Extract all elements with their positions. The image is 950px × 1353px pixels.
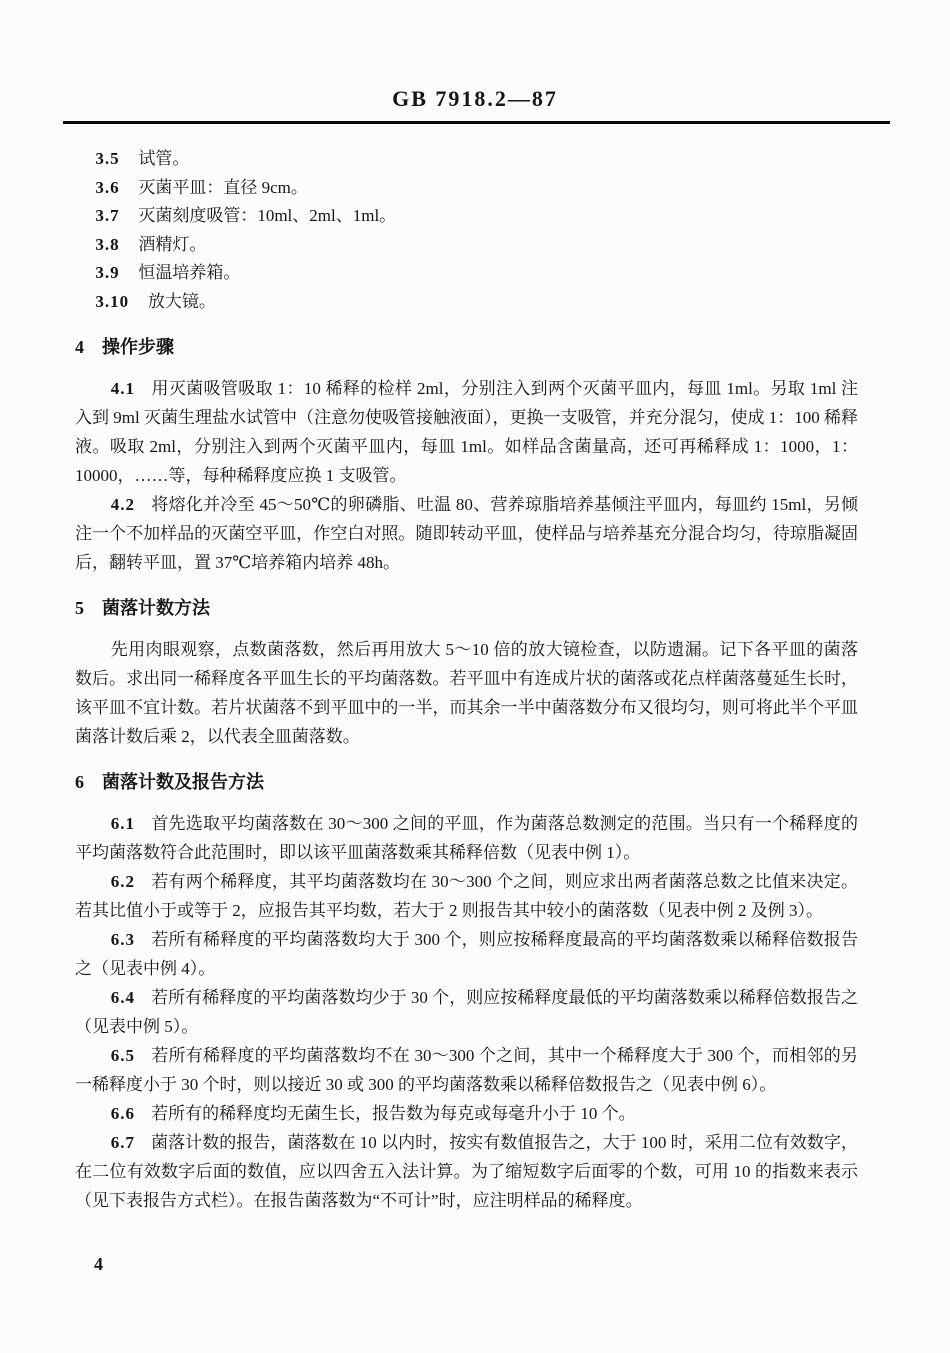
list-item: 3.8酒精灯。	[75, 231, 858, 260]
section-counting-and-reporting: 6菌落计数及报告方法 6.1首先选取平均菌落数在 30～300 之间的平皿，作为…	[75, 768, 858, 1215]
item-number: 3.10	[95, 292, 129, 311]
list-item: 3.6灭菌平皿：直径 9cm。	[75, 174, 858, 203]
section-title: 菌落计数及报告方法	[102, 772, 264, 792]
list-item: 3.7灭菌刻度吸管：10ml、2ml、1ml。	[75, 202, 858, 231]
page-header: GB 7918.2—87	[0, 0, 950, 124]
standard-code: GB 7918.2—87	[0, 86, 950, 112]
paragraph: 6.1首先选取平均菌落数在 30～300 之间的平皿，作为菌落总数测定的范围。当…	[75, 809, 858, 867]
paragraph-text: 菌落计数的报告，菌落数在 10 以内时，按实有数值报告之，大于 100 时，采用…	[75, 1133, 858, 1210]
paragraph-number: 6.6	[111, 1104, 135, 1123]
document-content: 3.5试管。 3.6灭菌平皿：直径 9cm。 3.7灭菌刻度吸管：10ml、2m…	[0, 145, 950, 1215]
list-item: 3.5试管。	[75, 145, 858, 174]
paragraph: 6.4若所有稀释度的平均菌落数均少于 30 个，则应按稀释度最低的平均菌落数乘以…	[75, 983, 858, 1041]
paragraph-text: 若所有稀释度的平均菌落数均大于 300 个，则应按稀释度最高的平均菌落数乘以稀释…	[75, 930, 858, 978]
paragraph: 6.3若所有稀释度的平均菌落数均大于 300 个，则应按稀释度最高的平均菌落数乘…	[75, 925, 858, 983]
item-text: 酒精灯。	[138, 235, 206, 254]
page-number: 4	[94, 1254, 103, 1275]
item-text: 试管。	[138, 149, 189, 168]
paragraph-text: 先用肉眼观察，点数菌落数，然后再用放大 5～10 倍的放大镜检查，以防遗漏。记下…	[75, 640, 858, 746]
item-text: 灭菌平皿：直径 9cm。	[138, 178, 308, 197]
item-text: 放大镜。	[148, 292, 216, 311]
item-text: 恒温培养箱。	[138, 263, 240, 282]
paragraph: 6.7菌落计数的报告，菌落数在 10 以内时，按实有数值报告之，大于 100 时…	[75, 1128, 858, 1215]
section-operation-steps: 4操作步骤 4.1用灭菌吸管吸取 1：10 稀释的检样 2ml，分别注入到两个灭…	[75, 333, 858, 577]
section-heading: 5菌落计数方法	[75, 594, 858, 623]
paragraph-number: 6.1	[111, 814, 135, 833]
section-heading: 6菌落计数及报告方法	[75, 768, 858, 797]
paragraph-number: 6.5	[111, 1046, 135, 1065]
section-colony-counting-method: 5菌落计数方法 先用肉眼观察，点数菌落数，然后再用放大 5～10 倍的放大镜检查…	[75, 594, 858, 751]
paragraph-text: 若所有的稀释度均无菌生长，报告数为每克或每毫升小于 10 个。	[151, 1104, 636, 1123]
paragraph: 先用肉眼观察，点数菌落数，然后再用放大 5～10 倍的放大镜检查，以防遗漏。记下…	[75, 635, 858, 751]
paragraph-number: 6.7	[111, 1133, 135, 1152]
paragraph-text: 若所有稀释度的平均菌落数均不在 30～300 个之间，其中一个稀释度大于 300…	[75, 1046, 858, 1094]
paragraph: 4.2将熔化并冷至 45～50℃的卵磷脂、吐温 80、营养琼脂培养基倾注平皿内，…	[75, 490, 858, 577]
section-heading: 4操作步骤	[75, 333, 858, 362]
paragraph-number: 4.1	[111, 379, 135, 398]
paragraph-number: 6.2	[111, 872, 135, 891]
section-number: 5	[75, 598, 84, 618]
apparatus-list: 3.5试管。 3.6灭菌平皿：直径 9cm。 3.7灭菌刻度吸管：10ml、2m…	[75, 145, 858, 316]
paragraph-number: 4.2	[111, 495, 135, 514]
paragraph-number: 6.3	[111, 930, 135, 949]
item-number: 3.7	[95, 206, 119, 225]
section-number: 4	[75, 337, 84, 357]
header-rule	[63, 121, 890, 124]
paragraph-text: 首先选取平均菌落数在 30～300 之间的平皿，作为菌落总数测定的范围。当只有一…	[75, 814, 858, 862]
paragraph-text: 若有两个稀释度，其平均菌落数均在 30～300 个之间，则应求出两者菌落总数之比…	[75, 872, 858, 920]
section-title: 操作步骤	[102, 337, 174, 357]
paragraph-text: 若所有稀释度的平均菌落数均少于 30 个，则应按稀释度最低的平均菌落数乘以稀释倍…	[75, 988, 858, 1036]
list-item: 3.9恒温培养箱。	[75, 259, 858, 288]
paragraph: 6.2若有两个稀释度，其平均菌落数均在 30～300 个之间，则应求出两者菌落总…	[75, 867, 858, 925]
section-number: 6	[75, 772, 84, 792]
section-title: 菌落计数方法	[102, 598, 210, 618]
paragraph-text: 将熔化并冷至 45～50℃的卵磷脂、吐温 80、营养琼脂培养基倾注平皿内，每皿约…	[75, 495, 858, 572]
document-page: GB 7918.2—87 3.5试管。 3.6灭菌平皿：直径 9cm。 3.7灭…	[0, 0, 950, 1353]
paragraph-number: 6.4	[111, 988, 135, 1007]
item-number: 3.8	[95, 235, 119, 254]
item-text: 灭菌刻度吸管：10ml、2ml、1ml。	[138, 206, 396, 225]
paragraph-text: 用灭菌吸管吸取 1：10 稀释的检样 2ml，分别注入到两个灭菌平皿内，每皿 1…	[75, 379, 858, 485]
paragraph: 6.5若所有稀释度的平均菌落数均不在 30～300 个之间，其中一个稀释度大于 …	[75, 1041, 858, 1099]
paragraph: 4.1用灭菌吸管吸取 1：10 稀释的检样 2ml，分别注入到两个灭菌平皿内，每…	[75, 374, 858, 490]
paragraph: 6.6若所有的稀释度均无菌生长，报告数为每克或每毫升小于 10 个。	[75, 1099, 858, 1128]
item-number: 3.9	[95, 263, 119, 282]
item-number: 3.5	[95, 149, 119, 168]
list-item: 3.10放大镜。	[75, 288, 858, 317]
item-number: 3.6	[95, 178, 119, 197]
